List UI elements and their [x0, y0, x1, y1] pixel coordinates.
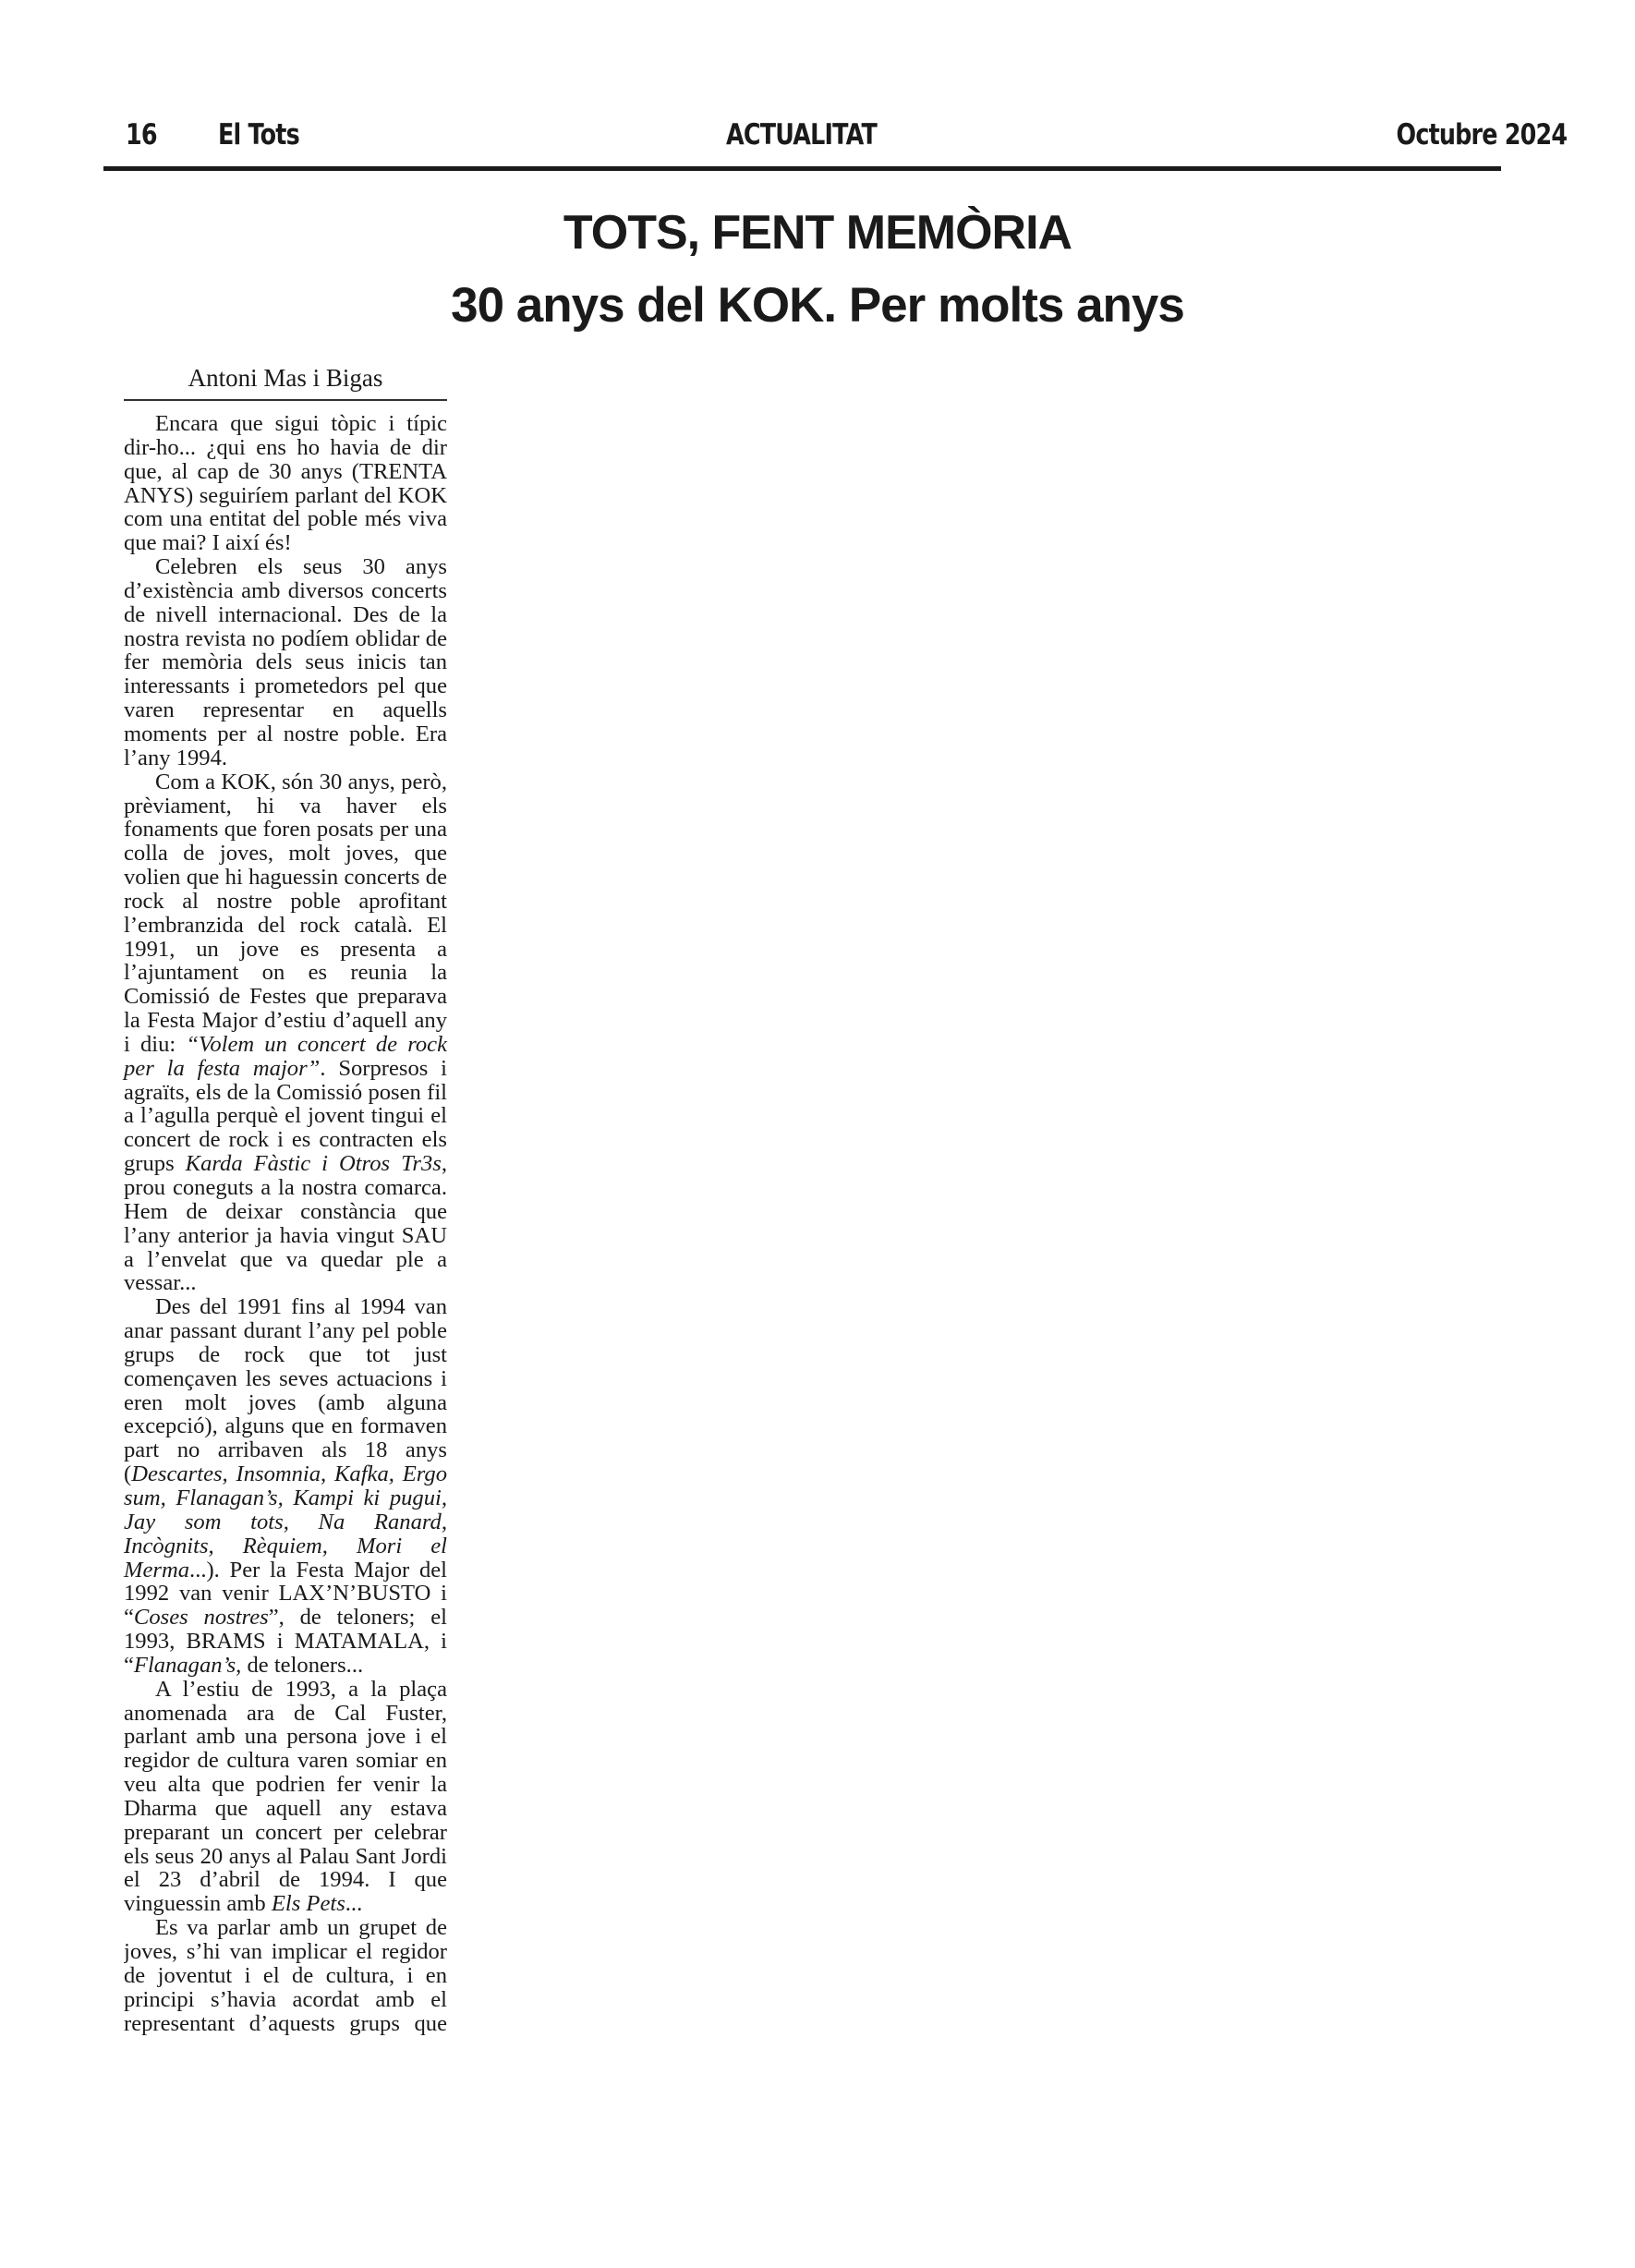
paragraph: Com a KOK, són 30 anys, però, prèviament… — [124, 770, 447, 1296]
section-label: ACTUALITAT — [726, 118, 877, 152]
page-header: 16 El Tots ACTUALITAT Octubre 2024 — [126, 118, 1511, 159]
article-title: TOTS, FENT MEMÒRIA — [0, 205, 1635, 261]
header-rule — [103, 166, 1501, 171]
paragraph: Celebren els seus 30 anys d’existència a… — [124, 555, 447, 770]
byline: Antoni Mas i Bigas — [124, 362, 447, 401]
issue-date: Octubre 2024 — [1396, 118, 1567, 152]
page-number: 16 — [126, 118, 157, 152]
column-1: Antoni Mas i Bigas Encara que sigui tòpi… — [124, 362, 447, 2036]
paragraph: Es va parlar amb un grupet de joves, s’h… — [124, 1916, 447, 2036]
paragraph: Des del 1991 fins al 1994 van anar passa… — [124, 1295, 447, 1678]
paragraph: Encara que sigui tòpic i típic dir-ho...… — [124, 412, 447, 555]
paragraph: A l’estiu de 1993, a la plaça anomenada … — [124, 1678, 447, 1916]
article-subtitle: 30 anys del KOK. Per molts anys — [0, 277, 1635, 334]
paragraph-continued — [477, 243, 800, 362]
publication-name: El Tots — [218, 118, 299, 152]
